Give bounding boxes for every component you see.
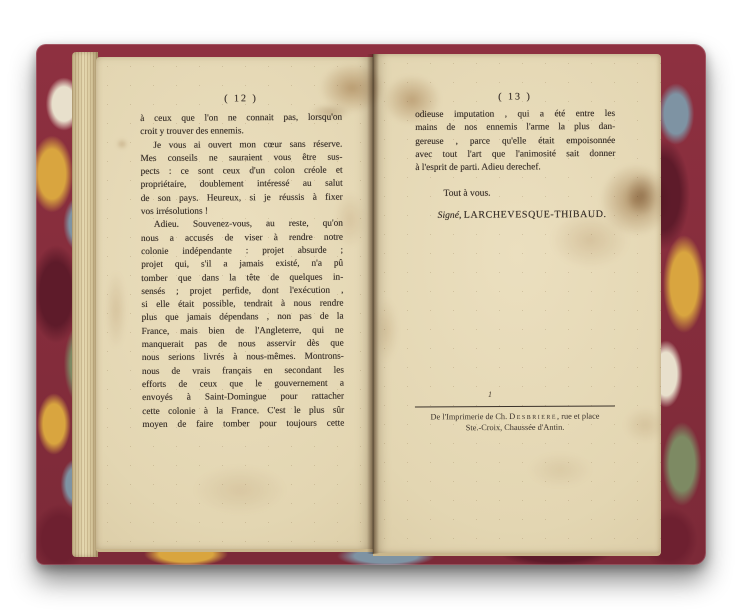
text-line: France, mais bien de l'Angleterre, qui n… — [142, 324, 344, 339]
text-line: à ceux que l'on ne connait pas, lorsqu'o… — [140, 112, 342, 127]
text-line: nous serions livrés à nous-mêmes. Montro… — [142, 351, 344, 366]
closing-salutation: Tout à vous. — [416, 186, 616, 200]
text-line: pects : ce sont ceux d'un colon créole e… — [141, 165, 343, 180]
text-line: croit y trouver des ennemis. — [140, 125, 342, 140]
text-line: colonie indépendante : projet absurde ; — [141, 245, 343, 260]
imprint-prefix: De l'Imprimerie de Ch. — [431, 412, 510, 421]
text-line: envoyés à Saint-Domingue pour rattacher — [142, 391, 344, 406]
text-line: odieuse imputation , qui a été entre les — [415, 108, 615, 122]
text-line: tomber que dans la tête de quelques in- — [141, 271, 343, 286]
text-line: si elle était possible, tendrait à nous … — [141, 298, 343, 313]
signature-label: Signé — [438, 210, 459, 221]
gutter-shadow — [367, 54, 379, 554]
text-line: manquerait pas de nous asservir dès que — [142, 338, 344, 353]
page-edges-stack — [72, 52, 98, 557]
text-line: nous de vrais français en secondant les — [142, 364, 344, 379]
text-line: projet qui, s'il a jamais existé, n'a pû — [141, 258, 343, 273]
text-line: vos irrésolutions ! — [141, 205, 343, 220]
text-line: de son pays. Heureux, si je réussis à fi… — [141, 191, 343, 206]
printer-imprint: De l'Imprimerie de Ch. Desbriere, rue et… — [415, 405, 615, 433]
imprint-rule — [415, 405, 615, 407]
text-line: efforts de ceux que le gouvernement a — [142, 378, 344, 393]
text-line: plus que jamais dépendans , non pas de l… — [142, 311, 344, 326]
signature-line: Signé, LARCHEVESQUE-THIBAUD. — [416, 208, 616, 222]
left-page: ( 12 ) à ceux que l'on ne connait pas, l… — [96, 57, 373, 552]
text-line: moyen de faire tomber pour toujours cett… — [142, 417, 344, 432]
signature-name: LARCHEVESQUE-THIBAUD. — [464, 209, 607, 221]
text-line: avec tout l'art que l'animosité sait don… — [415, 148, 615, 162]
left-page-body: à ceux que l'on ne connait pas, lorsqu'o… — [140, 112, 344, 433]
imprint-line-1: De l'Imprimerie de Ch. Desbriere, rue et… — [415, 410, 615, 422]
right-page-body: odieuse imputation , qui a été entre les… — [415, 108, 615, 176]
text-line: Adieu. Souvenez-vous, au reste, qu'on — [141, 218, 343, 233]
page-number-13: ( 13 ) — [415, 90, 615, 104]
right-page: ( 13 ) odieuse imputation , qui a été en… — [373, 54, 661, 556]
text-line: à l'esprit de parti. Adieu derechef. — [415, 161, 615, 175]
text-line: mains de nos ennemis l'arme la plus dan- — [415, 121, 615, 135]
text-line: cette colonie à la France. C'est le plus… — [142, 404, 344, 419]
right-page-text-column: ( 13 ) odieuse imputation , qui a été en… — [415, 90, 616, 223]
text-line: Je vous ai ouvert mon cœur sans réserve. — [140, 138, 342, 153]
press-figure-mark: 1 — [488, 390, 492, 399]
text-line: propriétaire, doublement intéressé au sa… — [141, 178, 343, 193]
text-line: gereuse , parce qu'elle était empoisonné… — [415, 135, 615, 149]
text-line: nous a accusés de viser à rendre notre — [141, 231, 343, 246]
imprint-suffix: , rue et place — [557, 412, 599, 421]
left-page-text-column: ( 12 ) à ceux que l'on ne connait pas, l… — [140, 92, 344, 433]
imprint-line-2: Ste.-Croix, Chaussée d'Antin. — [415, 421, 615, 433]
page-number-12: ( 12 ) — [140, 92, 342, 106]
photograph-background: ( 12 ) à ceux que l'on ne connait pas, l… — [0, 0, 750, 610]
printer-name: Desbriere — [509, 412, 557, 421]
text-line: Mes conseils ne sauraient vous être sus- — [140, 151, 342, 166]
text-line: sensés ; projet perfide, dont l'exécutio… — [141, 284, 343, 299]
